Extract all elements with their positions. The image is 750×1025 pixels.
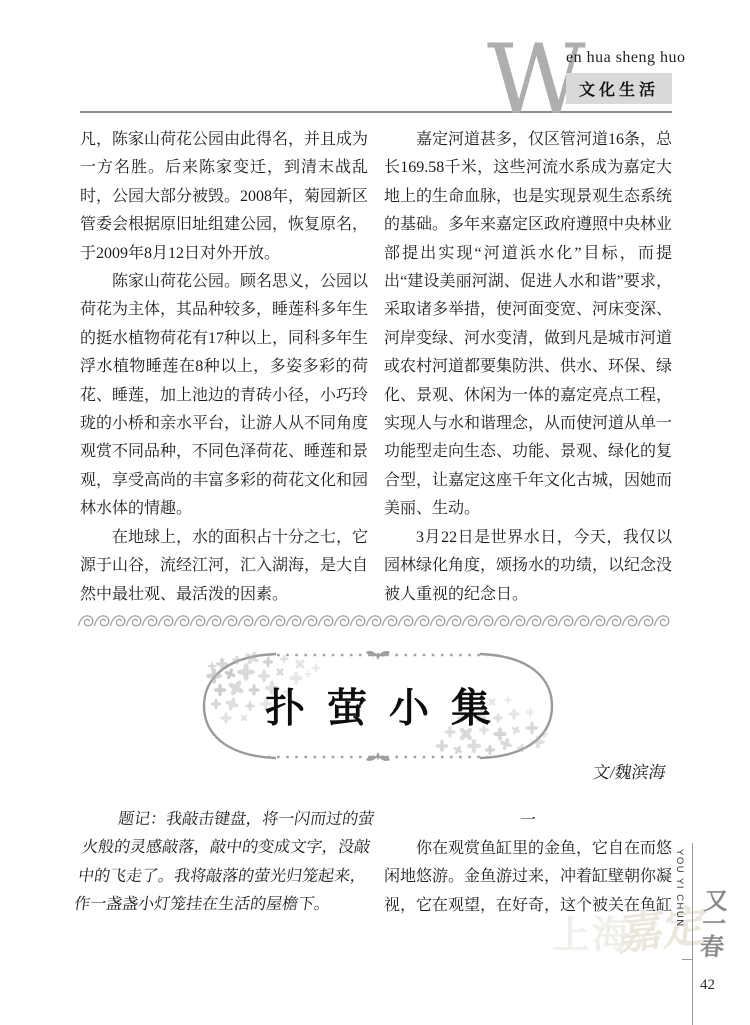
article-fireflies-left-column: 题记：我敲击键盘，将一闪而过的萤火般的灵感敲落，敲中的变成文字，没敲中的飞走了。… [80, 806, 368, 920]
article-water-left-column: 凡，陈家山荷花公园由此得名，并且成为一方名胜。后来陈家变迁，到清末战乱时，公园大… [80, 126, 368, 609]
journal-name: 又 一 春 [695, 891, 733, 960]
section-title: 文化生活 [579, 77, 659, 100]
paragraph: 3月22日是世界水日，今天，我仅以园林绿化角度，颂扬水的功绩，以纪念没被人重视的… [384, 524, 672, 609]
sidebar-rule-tick [682, 959, 693, 960]
section-marker: 一 [384, 806, 672, 835]
preface-paragraph: 题记：我敲击键盘，将一闪而过的萤火般的灵感敲落，敲中的变成文字，没敲中的飞走了。… [72, 806, 376, 920]
article-byline: 文/魏滨海 [78, 758, 668, 783]
paragraph: 嘉定河道甚多，仅区管河道16条，总长169.58千米，这些河流水系成为嘉定大地上… [384, 126, 672, 524]
paragraph: 在地球上，水的面积占十分之七，它源于山谷，流经江河，汇入湖海，是大自然中最壮观、… [80, 524, 368, 609]
paragraph: 凡，陈家山荷花公园由此得名，并且成为一方名胜。后来陈家变迁，到清末战乱时，公园大… [80, 126, 368, 268]
section-pinyin: en hua sheng huo [566, 49, 686, 67]
sidebar-rule [692, 843, 693, 1025]
journal-char: 春 [695, 937, 729, 960]
journal-name-pinyin: YOU YI CHUN [674, 849, 685, 928]
page-number: 42 [700, 977, 715, 994]
journal-char: 一 [697, 914, 731, 937]
article-water-right-column: 嘉定河道甚多，仅区管河道16条，总长169.58千米，这些河流水系成为嘉定大地上… [384, 126, 672, 609]
section-title-box: 文化生活 [566, 73, 672, 104]
article-title: 扑萤小集 [192, 676, 564, 733]
wave-divider-ornament [78, 612, 672, 630]
paragraph: 陈家山荷花公园。顾名思义，公园以荷花为主体，其品种较多，睡莲科多年生的挺水植物荷… [80, 268, 368, 524]
article-water-columns: 凡，陈家山荷花公园由此得名，并且成为一方名胜。后来陈家变迁，到清末战乱时，公园大… [80, 126, 672, 609]
article-title-frame: 扑萤小集 [192, 650, 564, 762]
journal-char: 又 [699, 891, 733, 914]
